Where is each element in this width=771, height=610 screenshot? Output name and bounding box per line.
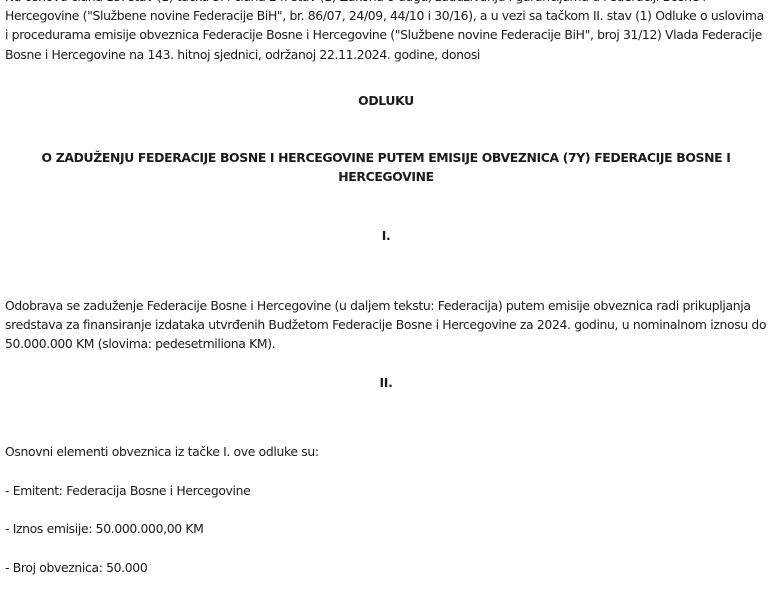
article-2-intro: Osnovni elementi obveznica iz tačke I. o…: [5, 442, 767, 461]
decision-title: ODLUKU: [5, 91, 767, 110]
list-item-issuer: - Emitent: Federacija Bosne i Hercegovin…: [5, 481, 767, 500]
decision-subtitle: O ZADUŽENJU FEDERACIJE BOSNE I HERCEGOVI…: [5, 148, 767, 186]
article-1-body: Odobrava se zaduženje Federacije Bosne i…: [5, 296, 767, 354]
list-item-issue-amount: - Iznos emisije: 50.000.000,00 KM: [5, 519, 767, 538]
article-2-number: II.: [5, 373, 767, 392]
document-body: Na osnovu člana 15. stav (1) tačka 3. i …: [5, 0, 767, 597]
bond-elements-list: - Emitent: Federacija Bosne i Hercegovin…: [5, 481, 767, 578]
preamble-paragraph: Na osnovu člana 15. stav (1) tačka 3. i …: [5, 0, 767, 64]
list-item-bond-count: - Broj obveznica: 50.000: [5, 558, 767, 577]
article-1-number: I.: [5, 226, 767, 245]
